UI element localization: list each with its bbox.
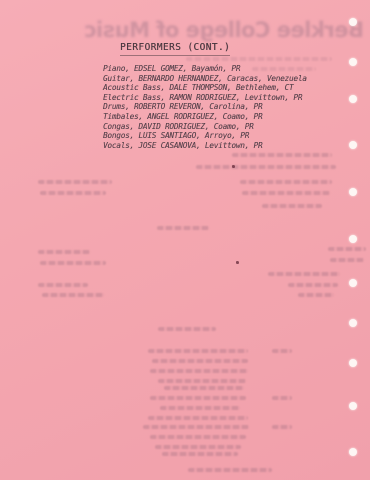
punch-hole [349, 319, 357, 327]
punch-hole [349, 279, 357, 287]
showthrough-line [328, 247, 366, 251]
performer-list: Piano, EDSEL GOMEZ, Bayamón, PR Guitar, … [103, 64, 307, 150]
showthrough-line [160, 406, 240, 410]
showthrough-line [240, 180, 332, 184]
showthrough-line [330, 258, 364, 262]
showthrough-line [196, 165, 336, 169]
punch-hole [349, 235, 357, 243]
showthrough-line [158, 327, 216, 331]
showthrough-line [162, 452, 238, 456]
showthrough-line [272, 425, 292, 429]
punch-hole [349, 95, 357, 103]
performer-line: Guitar, BERNARDO HERNANDEZ, Caracas, Ven… [103, 74, 307, 84]
punch-hole [349, 402, 357, 410]
showthrough-line [164, 386, 244, 390]
showthrough-line [152, 359, 248, 363]
showthrough-line [252, 67, 316, 71]
showthrough-line [38, 250, 90, 254]
showthrough-line [40, 261, 106, 265]
ink-fleck [236, 261, 239, 264]
performer-line: Drums, ROBERTO REVERON, Carolina, PR [103, 102, 307, 112]
performer-line: Vocals, JOSE CASANOVA, Levittown, PR [103, 141, 307, 151]
page-title: PERFORMERS (CONT.) [120, 42, 230, 56]
showthrough-line [272, 349, 292, 353]
performer-line: Timbales, ANGEL RODRIGUEZ, Coamo, PR [103, 112, 307, 122]
punch-hole [349, 448, 357, 456]
showthrough-line [40, 191, 106, 195]
punch-hole [349, 141, 357, 149]
performer-line: Congas, DAVID RODRIGUEZ, Coamo, PR [103, 122, 307, 132]
punch-hole [349, 18, 357, 26]
showthrough-line [242, 191, 330, 195]
showthrough-line [298, 293, 334, 297]
performer-line: Electric Bass, RAMON RODRIGUEZ, Levittow… [103, 93, 307, 103]
showthrough-line [155, 445, 241, 449]
ink-fleck [232, 165, 235, 168]
showthrough-line [143, 425, 249, 429]
showthrough-line [148, 349, 248, 353]
scanned-page: Berklee College of Music PERFORMERS (CON… [0, 0, 370, 480]
showthrough-line [186, 57, 332, 61]
showthrough-line [38, 180, 112, 184]
showthrough-line [272, 396, 292, 400]
performer-line: Acoustic Bass, DALE THOMPSON, Bethlehem,… [103, 83, 307, 93]
showthrough-line [42, 293, 104, 297]
showthrough-line [262, 204, 322, 208]
showthrough-line [232, 153, 332, 157]
showthrough-line [150, 396, 246, 400]
punch-hole [349, 58, 357, 66]
showthrough-line [157, 226, 209, 230]
showthrough-line [150, 369, 248, 373]
punch-hole [349, 359, 357, 367]
showthrough-line [188, 468, 272, 472]
showthrough-line [268, 272, 340, 276]
showthrough-line [158, 379, 246, 383]
showthrough-line [150, 435, 246, 439]
showthrough-line [148, 416, 248, 420]
performer-line: Bongos, LUIS SANTIAGO, Arroyo, PR [103, 131, 307, 141]
showthrough-line [288, 283, 338, 287]
showthrough-line [38, 283, 88, 287]
punch-hole [349, 188, 357, 196]
